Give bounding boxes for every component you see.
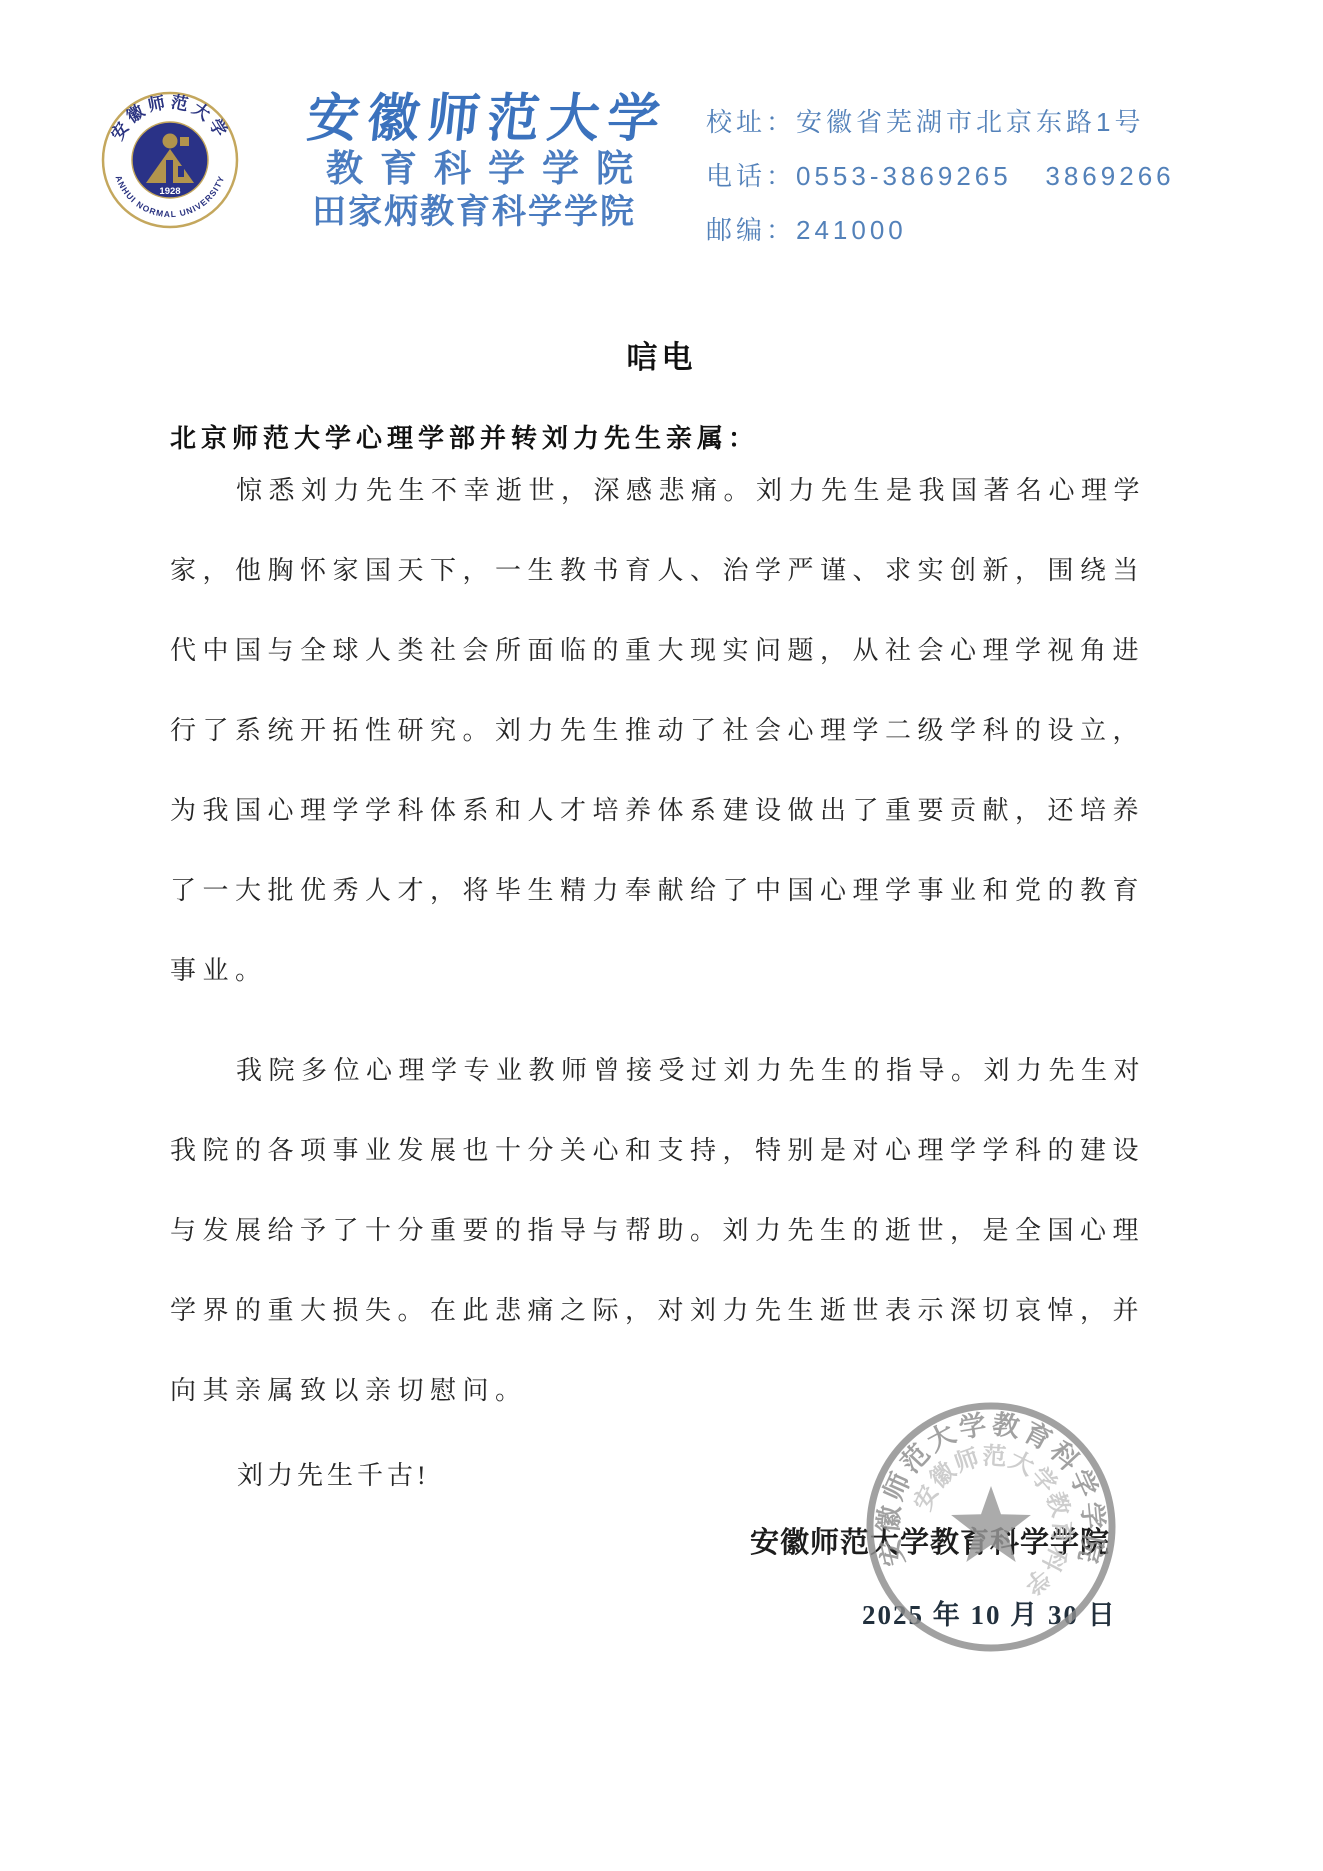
university-logo-icon: 安徽师范大学 ANHUI NORMAL UNIVERSITY 1928 [100,90,240,230]
body-line: 我院的各项事业发展也十分关心和支持，特别是对心理学学科的建设 [170,1130,1145,1167]
letter-title: 唁电 [0,332,1323,377]
body-line: 向其亲属致以亲切慰问。 [170,1370,528,1407]
contact-postcode: 邮编：241000 [706,210,907,247]
body-line: 我院多位心理学专业教师曾接受过刘力先生的指导。刘力先生对 [170,1050,1146,1087]
body-line: 与发展给予了十分重要的指导与帮助。刘力先生的逝世，是全国心理 [170,1210,1145,1247]
letter-page: 安徽师范大学 ANHUI NORMAL UNIVERSITY 1928 安徽师范… [0,0,1323,1871]
college-name-secondary: 田家炳教育科学学院 [312,184,636,233]
body-line: 了一大批优秀人才，将毕生精力奉献给了中国心理学事业和党的教育 [170,870,1145,907]
body-line: 事业。 [170,950,268,987]
body-line: 为我国心理学学科体系和人才培养体系建设做出了重要贡献，还培养 [170,790,1145,827]
salutation: 北京师范大学心理学部并转刘力先生亲属： [170,418,759,455]
body-line: 行了系统开拓性研究。刘力先生推动了社会心理学二级学科的设立， [170,710,1145,747]
body-line: 惊悉刘力先生不幸逝世，深感悲痛。刘力先生是我国著名心理学 [170,470,1146,507]
official-seal-stamp-icon: 安徽师范大学教育科学学院 安徽师范大学教育科学学院 [860,1396,1122,1658]
body-line: 家，他胸怀家国天下，一生教书育人、治学严谨、求实创新，围绕当 [170,550,1145,587]
contact-phone: 电话：0553-3869265 3869266 [706,156,1175,193]
contact-address: 校址：安徽省芜湖市北京东路1号 [706,102,1144,139]
body-line: 代中国与全球人类社会所面临的重大现实问题，从社会心理学视角进 [170,630,1145,667]
logo-year: 1928 [159,186,180,197]
tribute-line: 刘力先生千古! [237,1455,430,1492]
body-line: 学界的重大损失。在此悲痛之际，对刘力先生逝世表示深切哀悼，并 [170,1290,1145,1327]
seal-star-icon [951,1486,1031,1562]
